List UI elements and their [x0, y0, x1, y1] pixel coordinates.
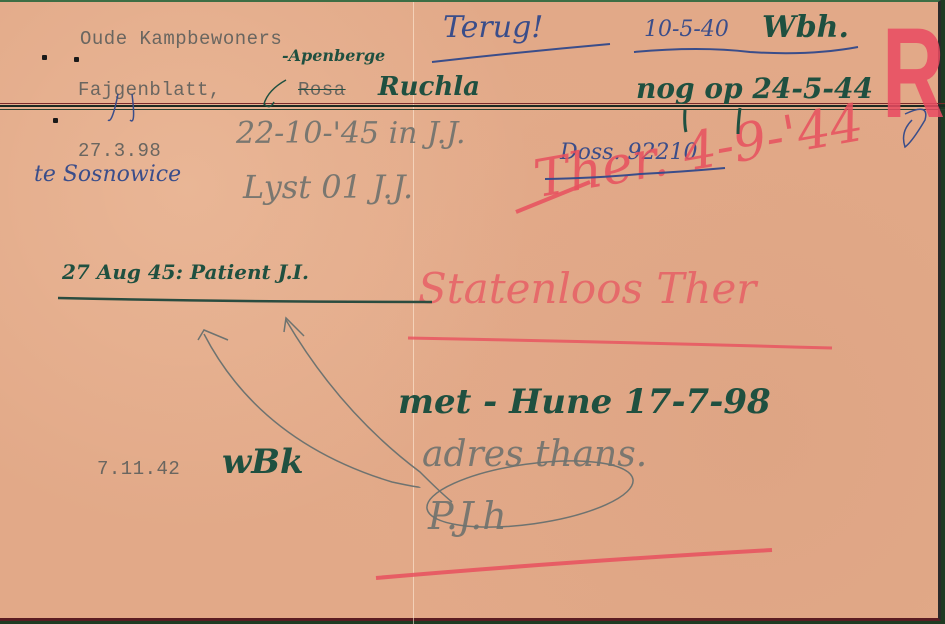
pencil-return-date: 22-10-'45 in J.J.: [236, 116, 466, 151]
handwritten-alias: -Apenberge: [282, 46, 385, 65]
handwritten-terug: Terug!: [443, 10, 543, 45]
archive-index-card: Oude Kampbewoners Fajgenblatt, Rosa 27.3…: [0, 0, 941, 621]
registration-stamp-r: R: [882, 10, 945, 138]
handwritten-date-wbh: 10-5-40: [644, 17, 729, 42]
handwritten-birthplace: te Sosnowice: [34, 162, 181, 187]
green-initials: wBk: [222, 442, 304, 482]
pencil-initials: P.J.h: [428, 494, 507, 538]
pencil-list-note: Lyst 01 J.J.: [243, 168, 413, 206]
typed-surname: Fajgenblatt,: [78, 79, 221, 101]
punch-mark: [74, 57, 79, 62]
typed-header: Oude Kampbewoners: [80, 28, 282, 50]
punch-mark: [42, 55, 47, 60]
red-theresienstadt-date: Ther. 4-9-'44: [530, 93, 868, 210]
handwritten-met-hune: met - Hune 17-7-98: [398, 382, 771, 422]
red-statenloos: Statenloos Ther: [418, 264, 756, 313]
handwritten-wbh: Wbh.: [762, 10, 849, 45]
punch-mark: [53, 118, 58, 123]
typed-birth-date: 27.3.98: [78, 140, 161, 162]
green-patient-note: 27 Aug 45: Patient J.I.: [62, 260, 309, 284]
handwritten-first-name: Ruchla: [378, 72, 480, 102]
pencil-adres-thans: adres thans.: [422, 434, 647, 475]
typed-date-bottom: 7.11.42: [97, 458, 180, 480]
typed-first-name-struck: Rosa: [298, 79, 346, 101]
